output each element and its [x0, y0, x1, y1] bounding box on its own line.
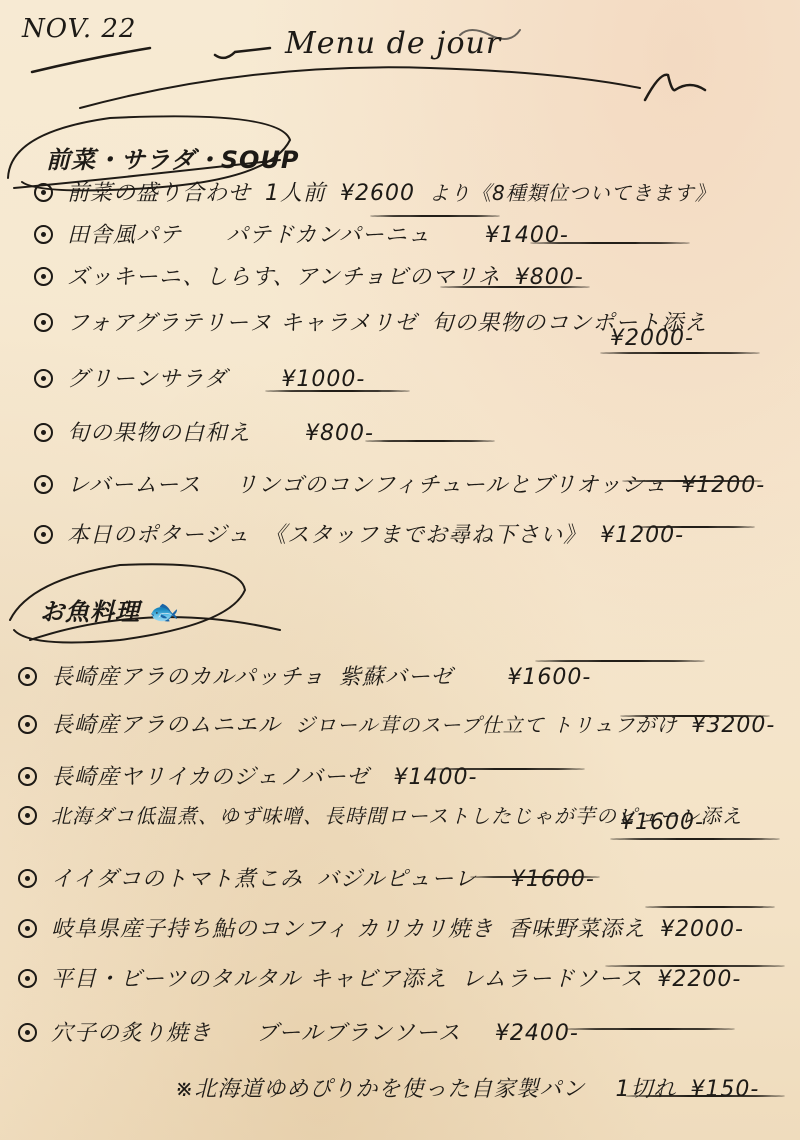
item-price: ¥1600-: [620, 810, 704, 835]
menu-item: 本日のポタージュ 《スタッフまでお尋ね下さい》 ¥1200-: [34, 518, 684, 549]
price-underline: [370, 215, 500, 217]
item-name: 田舎風パテ: [67, 218, 182, 249]
price-underline: [535, 660, 705, 662]
item-note: より《8種類位ついてきます》: [429, 177, 716, 206]
item-name: ズッキーニ、しらす、アンチョビのマリネ: [67, 260, 501, 291]
bullet-icon: [18, 767, 37, 786]
price-underline: [635, 526, 755, 528]
price-underline: [265, 390, 410, 392]
item-name: 穴子の炙り焼き: [51, 1016, 212, 1047]
price-underline: [625, 1095, 785, 1097]
price-underline: [470, 876, 600, 878]
item-price: ¥1200-: [681, 473, 765, 498]
price-underline: [610, 838, 780, 840]
item-name: グリーンサラダ: [67, 362, 227, 393]
item-price: ¥1600-: [511, 867, 595, 892]
item-price: ¥1400-: [485, 223, 569, 248]
menu-title: Menu de jour: [285, 26, 501, 61]
bullet-icon: [34, 525, 53, 544]
item-name: イイダコのトマト煮こみ: [51, 862, 303, 893]
menu-item: 長崎産アラのムニエル ジロール茸のスープ仕立て トリュフがけ ¥3200-: [18, 708, 775, 739]
bullet-icon: [18, 919, 37, 938]
fish-icon: 🐟: [149, 598, 180, 626]
item-price: ¥1000-: [281, 367, 365, 392]
price-underline: [365, 440, 495, 442]
price-underline: [435, 768, 585, 770]
bullet-icon: [18, 715, 37, 734]
item-price: ¥1600-: [507, 665, 591, 690]
bullet-icon: [18, 969, 37, 988]
menu-item: 前菜の盛り合わせ 1人前 ¥2600 より《8種類位ついてきます》: [34, 176, 716, 207]
item-detail: 1人前: [265, 176, 326, 207]
bread-note: ※北海道ゆめぴりかを使った自家製パン 1切れ ¥150-: [175, 1072, 759, 1103]
item-detail: 香味野菜添え: [508, 912, 646, 943]
menu-item: 旬の果物の白和え ¥800-: [34, 416, 374, 447]
item-name: 長崎産アラのムニエル: [51, 708, 281, 739]
price-underline: [605, 965, 785, 967]
section-title-appetizers: 前菜・サラダ・SOUP: [46, 140, 300, 175]
bullet-icon: [18, 1023, 37, 1042]
item-name: 長崎産アラのカルパッチョ: [51, 660, 325, 691]
item-name: 平目・ビーツのタルタル キャビア添え: [51, 962, 447, 993]
menu-item: 長崎産ヤリイカのジェノバーゼ ¥1400-: [18, 760, 477, 791]
item-detail: 紫蘇バーゼ: [339, 660, 454, 691]
item-detail: リンゴのコンフィチュールとブリオッシュ: [235, 468, 667, 499]
price-underline: [530, 242, 690, 244]
bullet-icon: [34, 423, 53, 442]
bullet-icon: [34, 225, 53, 244]
menu-item: フォアグラテリーヌ キャラメリゼ 旬の果物のコンポート添え: [34, 306, 707, 337]
item-detail: パテドカンパーニュ: [226, 218, 431, 249]
menu-item: 長崎産アラのカルパッチョ 紫蘇バーゼ ¥1600-: [18, 660, 591, 691]
item-detail: バジルピューレ: [317, 862, 477, 893]
bullet-icon: [18, 667, 37, 686]
price-underline: [645, 906, 775, 908]
price-underline: [600, 352, 760, 354]
bullet-icon: [34, 369, 53, 388]
item-name: 岐阜県産子持ち鮎のコンフィ カリカリ焼き: [51, 912, 494, 943]
item-price: ¥2200-: [657, 967, 741, 992]
menu-item: グリーンサラダ ¥1000-: [34, 362, 365, 393]
price-underline: [565, 1028, 735, 1030]
item-name: 本日のポタージュ: [67, 518, 250, 549]
bread-note-text: ※北海道ゆめぴりかを使った自家製パン: [175, 1072, 585, 1103]
section-title-text: お魚料理: [40, 598, 140, 626]
item-price: ¥2000-: [610, 326, 694, 351]
bullet-icon: [34, 267, 53, 286]
menu-date: NOV. 22: [22, 14, 136, 44]
menu-item: 田舎風パテ パテドカンパーニュ ¥1400-: [34, 218, 569, 249]
item-price: ¥800-: [305, 421, 374, 446]
price-underline: [440, 286, 590, 288]
bullet-icon: [34, 313, 53, 332]
bread-unit: 1切れ: [615, 1072, 676, 1103]
section-title-fish: お魚料理 🐟: [40, 592, 180, 627]
menu-item: 岐阜県産子持ち鮎のコンフィ カリカリ焼き 香味野菜添え ¥2000-: [18, 912, 744, 943]
item-price: ¥2000-: [660, 917, 744, 942]
item-name: 長崎産ヤリイカのジェノバーゼ: [51, 760, 369, 791]
item-detail: ジロール茸のスープ仕立て トリュフがけ: [295, 709, 677, 738]
bullet-icon: [18, 869, 37, 888]
item-price: ¥2400-: [495, 1021, 579, 1046]
price-underline: [620, 715, 770, 717]
bullet-icon: [18, 806, 37, 825]
menu-item: レバームース リンゴのコンフィチュールとブリオッシュ ¥1200-: [34, 468, 765, 499]
price-underline: [622, 480, 762, 482]
item-name: フォアグラテリーヌ キャラメリゼ: [67, 306, 417, 337]
item-name: レバームース: [67, 468, 201, 499]
item-detail: 《スタッフまでお尋ね下さい》: [264, 518, 586, 549]
menu-item: 穴子の炙り焼き ブールブランソース ¥2400-: [18, 1016, 579, 1047]
bullet-icon: [34, 183, 53, 202]
item-price: ¥2600: [340, 181, 415, 206]
bullet-icon: [34, 475, 53, 494]
item-name: 前菜の盛り合わせ: [67, 176, 251, 207]
item-detail: レムラードソース: [461, 962, 643, 993]
item-name: 旬の果物の白和え: [67, 416, 251, 447]
bread-price: ¥150-: [690, 1077, 759, 1102]
item-detail: ブールブランソース: [256, 1016, 461, 1047]
